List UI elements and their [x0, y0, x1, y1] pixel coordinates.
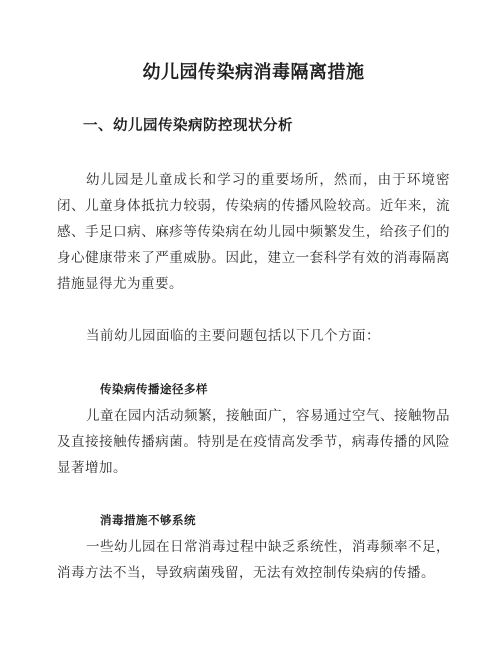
document-page: 幼儿园传染病消毒隔离措施 一、幼儿园传染病防控现状分析 幼儿园是儿童成长和学习的… — [0, 0, 500, 647]
paragraph-intro: 当前幼儿园面临的主要问题包括以下几个方面： — [57, 323, 450, 349]
paragraph-overview: 幼儿园是儿童成长和学习的重要场所，然而，由于环境密闭、儿童身体抵抗力较弱，传染病… — [57, 167, 450, 297]
paragraph-transmission-routes: 儿童在园内活动频繁，接触面广，容易通过空气、接触物品及直接接触传播病菌。特别是在… — [57, 403, 450, 481]
paragraph-disinfection-system: 一些幼儿园在日常消毒过程中缺乏系统性，消毒频率不足，消毒方法不当，导致病菌残留，… — [57, 534, 450, 586]
subheading-disinfection-system: 消毒措施不够系统 — [57, 508, 450, 534]
document-title: 幼儿园传染病消毒隔离措施 — [57, 59, 450, 85]
section-heading-1: 一、幼儿园传染病防控现状分析 — [57, 113, 450, 139]
subheading-transmission-routes: 传染病传播途径多样 — [57, 377, 450, 403]
